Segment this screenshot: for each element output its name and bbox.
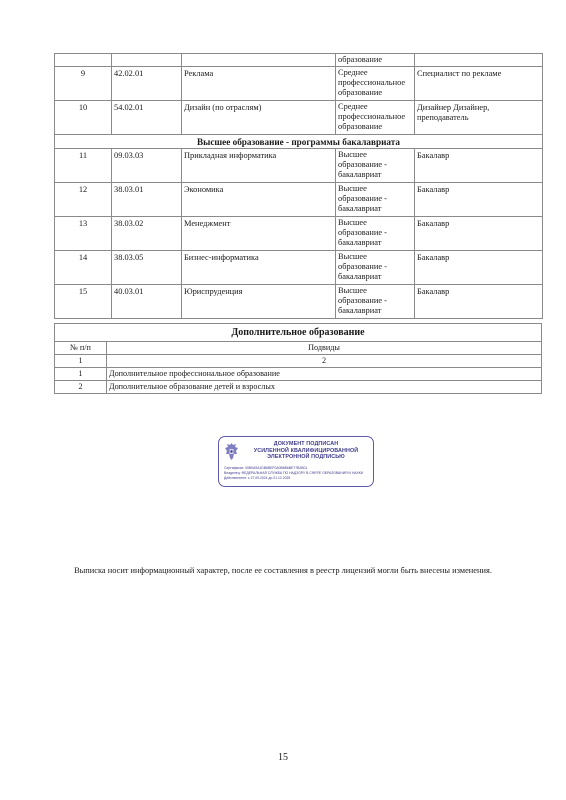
header-subtypes: Подвиды — [107, 342, 542, 355]
cell-number: 12 — [55, 183, 112, 217]
cell-number — [55, 54, 112, 67]
electronic-signature-stamp: ДОКУМЕНТ ПОДПИСАН УСИЛЕННОЙ КВАЛИФИЦИРОВ… — [218, 436, 374, 487]
cell-code: 09.03.03 — [112, 149, 182, 183]
cell-code: 40.03.01 — [112, 285, 182, 319]
header-col-index-2: 2 — [107, 355, 542, 368]
header-row: № п/п Подвиды — [55, 342, 542, 355]
stamp-line-1: ДОКУМЕНТ ПОДПИСАН — [243, 441, 369, 448]
stamp-heading: ДОКУМЕНТ ПОДПИСАН УСИЛЕННОЙ КВАЛИФИЦИРОВ… — [243, 441, 369, 461]
header-number: № п/п — [55, 342, 107, 355]
cell-qualification: Бакалавр — [415, 251, 543, 285]
cell-qualification: Дизайнер Дизайнер, преподаватель — [415, 101, 543, 135]
table-row: 10 54.02.01 Дизайн (по отраслям) Среднее… — [55, 101, 543, 135]
table-row: 2 Дополнительное образование детей и взр… — [55, 381, 542, 394]
cell-name: Менеджмент — [182, 217, 336, 251]
cell-qualification: Бакалавр — [415, 149, 543, 183]
cell-qualification: Бакалавр — [415, 183, 543, 217]
cell-code: 54.02.01 — [112, 101, 182, 135]
programs-table: образование 9 42.02.01 Реклама Среднее п… — [54, 53, 543, 319]
additional-title-row: Дополнительное образование — [55, 324, 542, 342]
cell-code: 38.03.01 — [112, 183, 182, 217]
cell-level: Высшее образование - бакалавриат — [336, 149, 415, 183]
cell-level: Высшее образование - бакалавриат — [336, 251, 415, 285]
cell-level: Высшее образование - бакалавриат — [336, 217, 415, 251]
cell-level: Высшее образование - бакалавриат — [336, 285, 415, 319]
cell-qualification: Бакалавр — [415, 285, 543, 319]
cell-name: Реклама — [182, 67, 336, 101]
cell-name — [182, 54, 336, 67]
stamp-validity: Действителен: с 27.09.2024 до 21.12.2025 — [224, 476, 369, 481]
cell-name: Дизайн (по отраслям) — [182, 101, 336, 135]
cell-subtype: Дополнительное профессиональное образова… — [107, 368, 542, 381]
cell-subtype: Дополнительное образование детей и взрос… — [107, 381, 542, 394]
table-row: 1 Дополнительное профессиональное образо… — [55, 368, 542, 381]
cell-level: Высшее образование - бакалавриат — [336, 183, 415, 217]
table-row-continued: образование — [55, 54, 543, 67]
table-row: 11 09.03.03 Прикладная информатика Высше… — [55, 149, 543, 183]
additional-education-table: Дополнительное образование № п/п Подвиды… — [54, 323, 542, 394]
additional-title: Дополнительное образование — [55, 324, 542, 342]
cell-code: 42.02.01 — [112, 67, 182, 101]
cell-name: Бизнес-информатика — [182, 251, 336, 285]
cell-number: 2 — [55, 381, 107, 394]
cell-number: 13 — [55, 217, 112, 251]
table-row: 15 40.03.01 Юриспруденция Высшее образов… — [55, 285, 543, 319]
cell-number: 11 — [55, 149, 112, 183]
cell-number: 15 — [55, 285, 112, 319]
coat-of-arms-icon — [224, 442, 239, 461]
header-number-row: 1 2 — [55, 355, 542, 368]
cell-number: 10 — [55, 101, 112, 135]
cell-level: Среднее профессиональное образование — [336, 101, 415, 135]
cell-code: 38.03.05 — [112, 251, 182, 285]
disclaimer-note: Выписка носит информационный характер, п… — [0, 566, 566, 575]
cell-qualification: Бакалавр — [415, 217, 543, 251]
cell-number: 9 — [55, 67, 112, 101]
page-number: 15 — [0, 752, 566, 763]
table-row: 14 38.03.05 Бизнес-информатика Высшее об… — [55, 251, 543, 285]
cell-level: образование — [336, 54, 415, 67]
cell-qualification: Специалист по рекламе — [415, 67, 543, 101]
cell-name: Экономика — [182, 183, 336, 217]
table-row: 13 38.03.02 Менеджмент Высшее образовани… — [55, 217, 543, 251]
section-header-row: Высшее образование - программы бакалаври… — [55, 135, 543, 149]
cell-name: Юриспруденция — [182, 285, 336, 319]
stamp-line-3: ЭЛЕКТРОННОЙ ПОДПИСЬЮ — [243, 454, 369, 461]
table-row: 12 38.03.01 Экономика Высшее образование… — [55, 183, 543, 217]
cell-number: 1 — [55, 368, 107, 381]
cell-name: Прикладная информатика — [182, 149, 336, 183]
cell-level: Среднее профессиональное образование — [336, 67, 415, 101]
table-row: 9 42.02.01 Реклама Среднее профессиональ… — [55, 67, 543, 101]
cell-code — [112, 54, 182, 67]
cell-number: 14 — [55, 251, 112, 285]
cell-code: 38.03.02 — [112, 217, 182, 251]
header-col-index-1: 1 — [55, 355, 107, 368]
cell-qualification — [415, 54, 543, 67]
section-title: Высшее образование - программы бакалаври… — [55, 135, 543, 149]
stamp-details: Сертификат: 00B0A9A1DB6BEF0A0B6B6BE77B2B… — [224, 466, 369, 481]
